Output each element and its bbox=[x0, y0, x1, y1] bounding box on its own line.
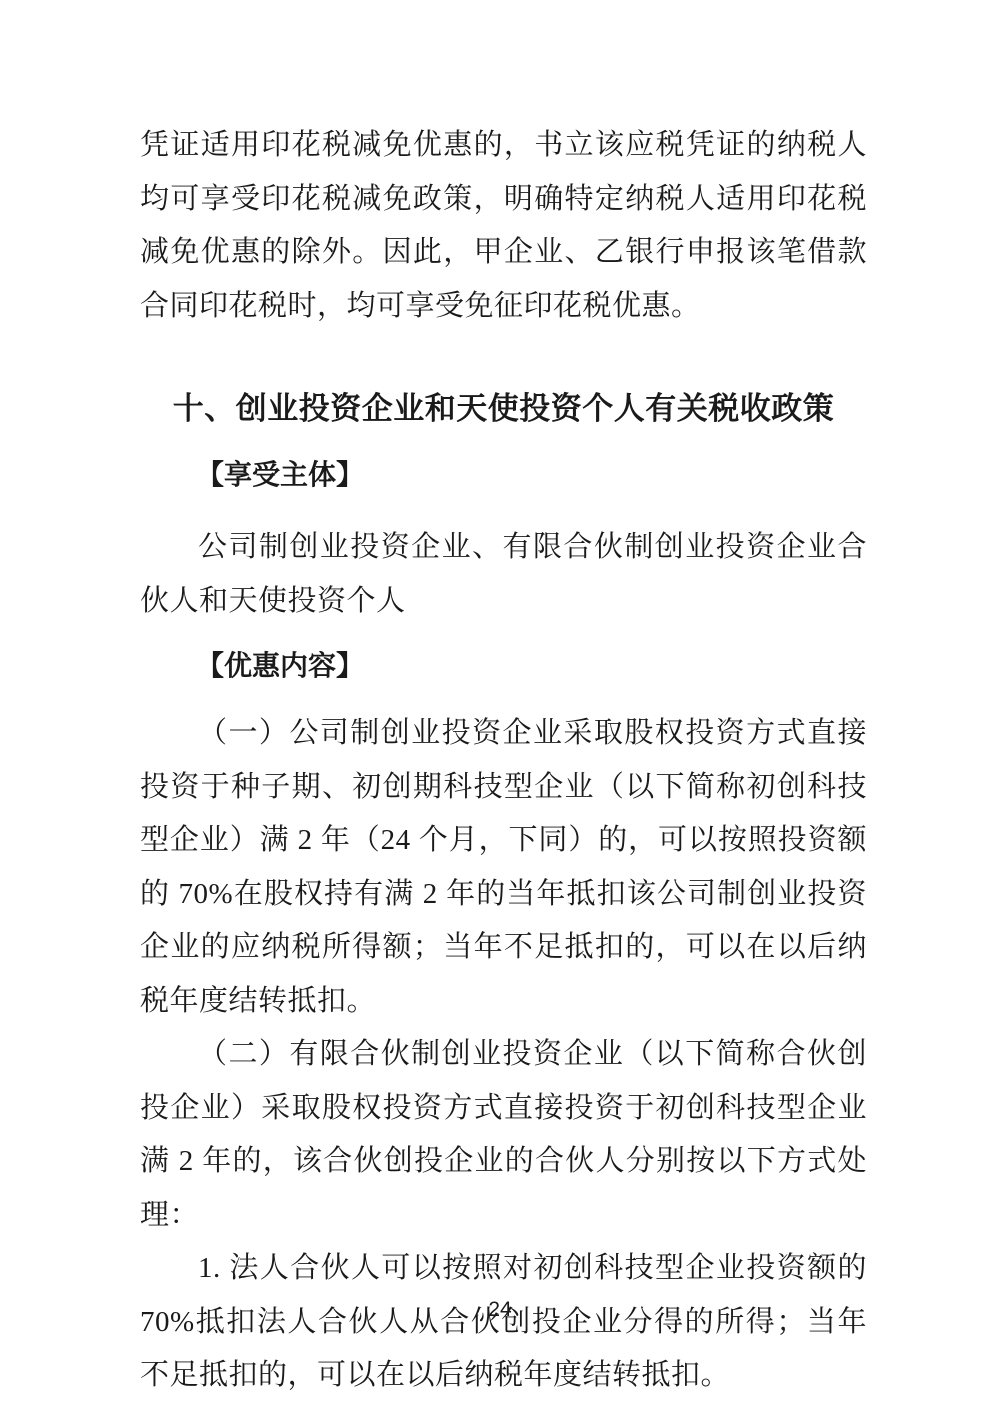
continuation-paragraph: 凭证适用印花税减免优惠的，书立该应税凭证的纳税人均可享受印花税减免政策，明确特定… bbox=[140, 118, 867, 332]
page-number: 24 bbox=[0, 1298, 1000, 1322]
subject-label: 【享受主体】 bbox=[140, 450, 867, 500]
section-heading: 十、创业投资企业和天使投资个人有关税收政策 bbox=[140, 382, 867, 436]
benefit-item-2: （二）有限合伙制创业投资企业（以下简称合伙创投企业）采取股权投资方式直接投资于初… bbox=[140, 1028, 867, 1242]
document-content: 凭证适用印花税减免优惠的，书立该应税凭证的纳税人均可享受印花税减免政策，明确特定… bbox=[140, 118, 867, 1403]
benefit-item-1: （一）公司制创业投资企业采取股权投资方式直接投资于种子期、初创期科技型企业（以下… bbox=[140, 707, 867, 1028]
subject-paragraph: 公司制创业投资企业、有限合伙制创业投资企业合伙人和天使投资个人 bbox=[140, 520, 867, 627]
document-page: 凭证适用印花税减免优惠的，书立该应税凭证的纳税人均可享受印花税减免政策，明确特定… bbox=[0, 0, 1000, 1414]
benefit-label: 【优惠内容】 bbox=[140, 641, 867, 691]
benefit-item-2-sub-1: 1. 法人合伙人可以按照对初创科技型企业投资额的 70%抵扣法人合伙人从合伙创投… bbox=[140, 1242, 867, 1403]
